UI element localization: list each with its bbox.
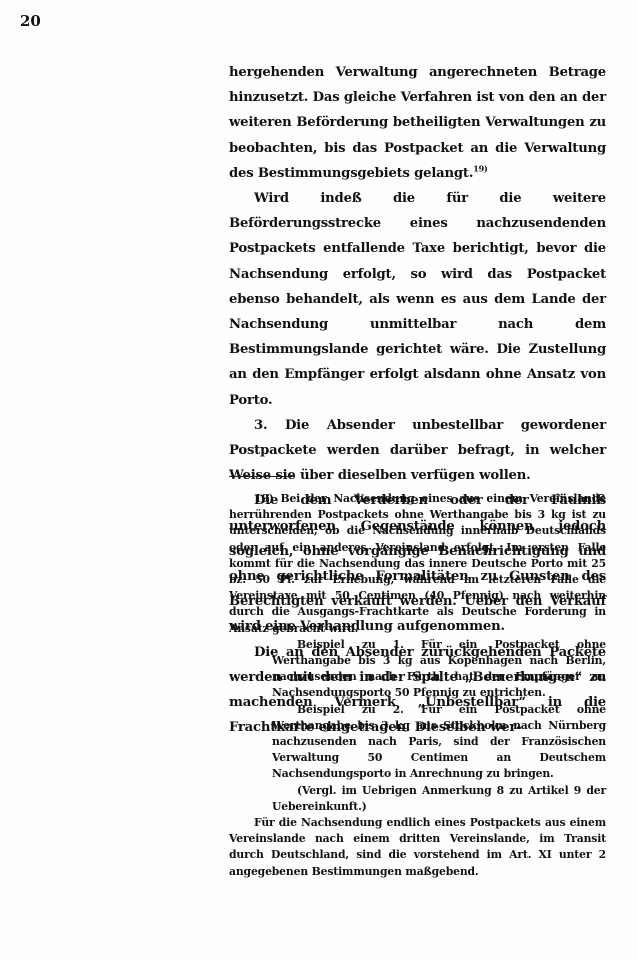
- paragraph: 3. Die Absender unbestellbar gewordener …: [229, 413, 606, 489]
- paragraph: hergehenden Verwaltung angerechneten Bet…: [229, 60, 606, 186]
- footnote-divider: [229, 476, 295, 477]
- footnote-reference-note: (Vergl. im Uebrigen Anmerkung 8 zu Artik…: [229, 783, 606, 815]
- paragraph: Wird indeß die für die weitere Beförderu…: [229, 186, 606, 413]
- footnote-paragraph: Für die Nachsendung endlich eines Postpa…: [229, 815, 606, 880]
- page-number: 20: [20, 12, 41, 30]
- footnote-paragraph: 19) Bei der Nachsendung eines aus einem …: [229, 491, 606, 637]
- footnote-example-1: Beispiel zu 1. Für ein Postpacket ohne W…: [229, 637, 606, 702]
- paragraph-text: hergehenden Verwaltung angerechneten Bet…: [229, 65, 606, 181]
- footnote: 19) Bei der Nachsendung eines aus einem …: [229, 491, 606, 880]
- footnote-reference[interactable]: 19): [473, 163, 487, 173]
- footnote-example-2: Beispiel zu 2. Für ein Postpacket ohne W…: [229, 702, 606, 783]
